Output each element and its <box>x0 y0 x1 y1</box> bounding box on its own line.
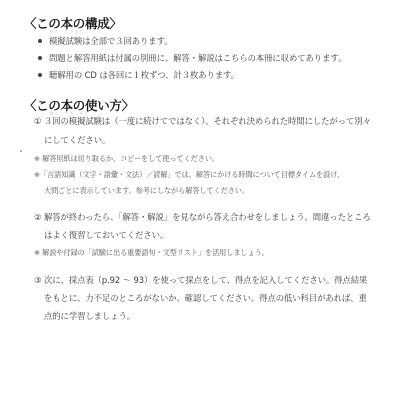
step-1-line-1: ① ３回の模擬試験は（一度に続けてではなく）、それぞれ決められた時間にしたがって… <box>34 115 371 127</box>
bullet-icon <box>38 73 42 77</box>
bullet-item: 問題と解答用紙は付属の別冊に、解答・解説はこちらの本冊に収めてあります。 <box>38 52 346 64</box>
bullet-item: 聴解用の CD は各回に１枚ずつ、計３枚あります。 <box>38 69 239 81</box>
bullet-icon <box>38 56 42 60</box>
bullet-item: 模擬試験は全部で３回あります。 <box>38 35 172 47</box>
bullet-icon <box>38 39 42 43</box>
note-target-time-line-2: 大問ごとに表示しています。参考にしながら解答してください。 <box>44 186 249 196</box>
step-3-line-1: ③ 次に、採点表（p.92 ～ 93）を使って採点をして、得点を記入してください… <box>34 274 367 286</box>
note-answer-sheet: ※ 解答用紙は切り取るか、コピーをして使ってください。 <box>34 154 219 164</box>
step-2-line-2: はよく復習しておいてください。 <box>44 229 168 241</box>
heading-ruby: ほん こうせい <box>50 29 85 33</box>
step-3-line-3: 点的に学習しましょう。 <box>44 310 135 322</box>
step-3-line-2: をもとに、力不足のところがないか、確認してください。得点の低い科目があれば、重 <box>44 292 367 304</box>
note-target-time-line-1: ※「言語知識（文字・語彙・文法）／読解」では、解答にかける時間について目標タイム… <box>34 170 344 180</box>
step-1-line-2: にしてください。 <box>44 134 110 146</box>
step-2-line-1: ② 解答が終わったら、「解答・解説」を見ながら答え合わせをしましょう。間違ったと… <box>34 211 371 223</box>
scan-speck <box>20 150 22 152</box>
note-glossary: ※ 解説や付録の「試験に出る重要語句・文型リスト」を活用しましょう。 <box>34 248 269 258</box>
